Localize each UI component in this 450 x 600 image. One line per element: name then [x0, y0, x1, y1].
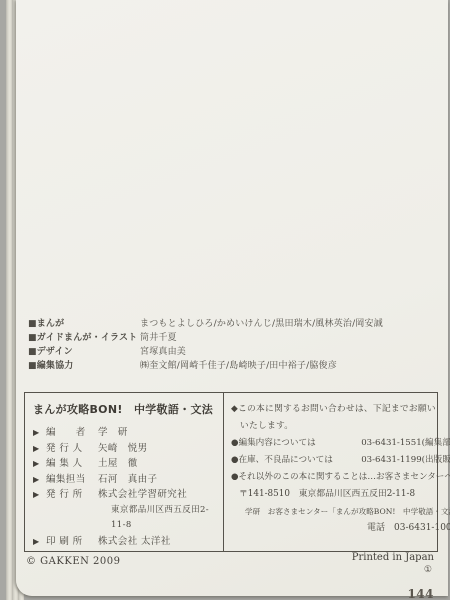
- printed-in-japan: Printed in Japan: [352, 552, 434, 563]
- colophon-row: ▶ 編 集 人 土屋 徹: [33, 456, 219, 472]
- contact-item: ●在庫、不良品については 03-6431-1199(出版販売部): [231, 452, 450, 469]
- triangle-bullet-icon: ▶: [33, 472, 46, 488]
- credit-value: ㈱奎文館/岡崎千佳子/島崎映子/田中裕子/脇俊彦: [140, 362, 438, 372]
- page-number: 144: [407, 587, 434, 600]
- colophon-value: 石河 真由子: [98, 472, 219, 488]
- publisher-address: 東京都品川区西五反田2-11-8: [33, 503, 219, 534]
- book-photo: ■まんが まつもとよしひろ/かめいけんじ/黒田瑞木/風林英治/岡安誠 ■ガイドま…: [0, 0, 450, 600]
- service-center-phone: 電話 03-6431-1002: [231, 520, 450, 537]
- circled-one-mark: ①: [424, 565, 432, 575]
- colophon-label: 編 者: [46, 425, 98, 441]
- credit-label: ■編集協力: [28, 362, 140, 372]
- copyright-notice: © GAKKEN 2009: [26, 556, 121, 567]
- credit-row: ■ガイドまんが・イラスト 筒井千夏: [28, 334, 438, 344]
- colophon-value: 株式会社学習研究社: [98, 487, 219, 503]
- service-center-name: 学研 お客さまセンター「まんが攻略BON! 中学敬語・文法」係: [231, 503, 450, 520]
- colophon-label: 印 刷 所: [46, 534, 98, 550]
- credit-row: ■まんが まつもとよしひろ/かめいけんじ/黒田瑞木/風林英治/岡安誠: [28, 320, 438, 330]
- colophon-label: 発 行 所: [46, 487, 98, 503]
- colophon-value: 株式会社 太洋社: [98, 534, 219, 550]
- contact-intro-2: いたします。: [231, 418, 450, 435]
- colophon-row: ▶ 編集担当 石河 真由子: [33, 472, 219, 488]
- credit-value: 筒井千夏: [140, 334, 438, 344]
- colophon-page: ■まんが まつもとよしひろ/かめいけんじ/黒田瑞木/風林英治/岡安誠 ■ガイドま…: [16, 0, 448, 596]
- credit-label: ■デザイン: [28, 348, 140, 358]
- colophon-label: 編集担当: [46, 472, 98, 488]
- contact-info: ◆この本に関するお問い合わせは、下記までお願い いたします。 ●編集内容について…: [224, 393, 450, 551]
- credit-label: ■ガイドまんが・イラスト: [28, 334, 140, 344]
- colophon-row: ▶ 発 行 人 矢崎 悦男: [33, 441, 219, 457]
- colophon-label: 発 行 人: [46, 441, 98, 457]
- credit-row: ■編集協力 ㈱奎文館/岡崎千佳子/島崎映子/田中裕子/脇俊彦: [28, 362, 438, 372]
- triangle-bullet-icon: ▶: [33, 425, 46, 441]
- credit-value: 宮塚真由美: [140, 348, 438, 358]
- colophon-value: 土屋 徹: [98, 456, 219, 472]
- contact-item: ●編集内容については 03-6431-1551(編集部直通): [231, 435, 450, 452]
- triangle-bullet-icon: ▶: [33, 456, 46, 472]
- colophon-row: ▶ 印 刷 所 株式会社 太洋社: [33, 534, 219, 550]
- book-title: まんが攻略BON! 中学敬語・文法: [33, 401, 219, 417]
- credits-block: ■まんが まつもとよしひろ/かめいけんじ/黒田瑞木/風林英治/岡安誠 ■ガイドま…: [28, 320, 438, 376]
- credit-label: ■まんが: [28, 320, 140, 330]
- colophon-value: 学 研: [98, 425, 219, 441]
- colophon-row: ▶ 発 行 所 株式会社学習研究社: [33, 487, 219, 503]
- credit-row: ■デザイン 宮塚真由美: [28, 348, 438, 358]
- colophon-value: 矢崎 悦男: [98, 441, 219, 457]
- triangle-bullet-icon: ▶: [33, 534, 46, 550]
- colophon-box: まんが攻略BON! 中学敬語・文法 ▶ 編 者 学 研 ▶ 発 行 人 矢崎 悦…: [24, 392, 438, 552]
- triangle-bullet-icon: ▶: [33, 487, 46, 503]
- colophon-label: 編 集 人: [46, 456, 98, 472]
- service-center-address: 〒141-8510 東京都品川区西五反田2-11-8: [231, 486, 450, 503]
- publication-info: まんが攻略BON! 中学敬語・文法 ▶ 編 者 学 研 ▶ 発 行 人 矢崎 悦…: [25, 393, 223, 551]
- credit-value: まつもとよしひろ/かめいけんじ/黒田瑞木/風林英治/岡安誠: [140, 320, 438, 330]
- triangle-bullet-icon: ▶: [33, 441, 46, 457]
- contact-intro: ◆この本に関するお問い合わせは、下記までお願い: [231, 401, 450, 418]
- colophon-row: ▶ 編 者 学 研: [33, 425, 219, 441]
- contact-item: ●それ以外のこの本に関することは…お客さまセンターへ: [231, 469, 450, 486]
